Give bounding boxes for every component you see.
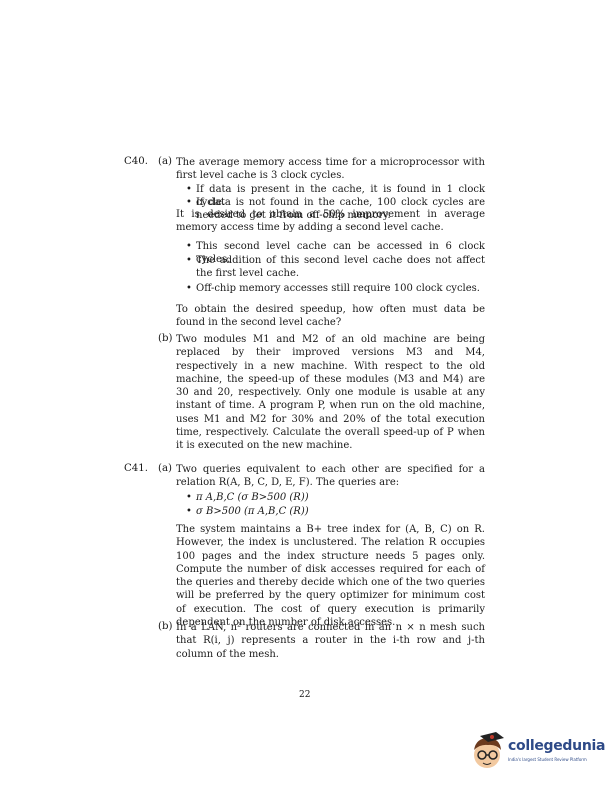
c41b-text: In a LAN, n² routers are connected in an… [176, 621, 485, 661]
c40a-bullet-4: • The addition of this second level cach… [196, 254, 485, 281]
part-label-c40b: (b) [158, 333, 172, 344]
c41a-query-2: • σ B>500 (π A,B,C (R)) [196, 505, 485, 518]
c40a-middle: It is desired to obtain a 50% improvemen… [176, 208, 485, 235]
question-number-c41: C41. [124, 463, 148, 474]
c41a-text: The system maintains a B+ tree index for… [176, 523, 485, 629]
c41a-intro: Two queries equivalent to each other are… [176, 463, 485, 490]
c40a-question: To obtain the desired speedup, how often… [176, 303, 485, 330]
bullet-icon: • [186, 240, 192, 253]
brand-tagline: India's largest Student Review Platform [508, 757, 587, 762]
c41a-query-1: • π A,B,C (σ B>500 (R)) [196, 491, 485, 504]
bullet-icon: • [186, 282, 192, 295]
bullet-icon: • [186, 505, 192, 518]
c40a-bullet-5: • Off-chip memory accesses still require… [196, 282, 485, 295]
part-label-c41a: (a) [158, 463, 172, 474]
mascot-icon [470, 730, 506, 774]
c40a-intro: The average memory access time for a mic… [176, 156, 485, 183]
part-label-c41b: (b) [158, 621, 172, 632]
document-page: C40. (a) The average memory access time … [0, 0, 612, 792]
bullet-icon: • [186, 491, 192, 504]
bullet-icon: • [186, 183, 192, 196]
question-number-c40: C40. [124, 156, 148, 167]
page-number: 22 [299, 690, 310, 700]
part-label-c40a: (a) [158, 156, 172, 167]
collegedunia-watermark: collegedunia India's largest Student Rev… [470, 728, 610, 778]
c40b-text: Two modules M1 and M2 of an old machine … [176, 333, 485, 453]
brand-name: collegedunia [508, 738, 605, 754]
bullet-icon: • [186, 254, 192, 267]
